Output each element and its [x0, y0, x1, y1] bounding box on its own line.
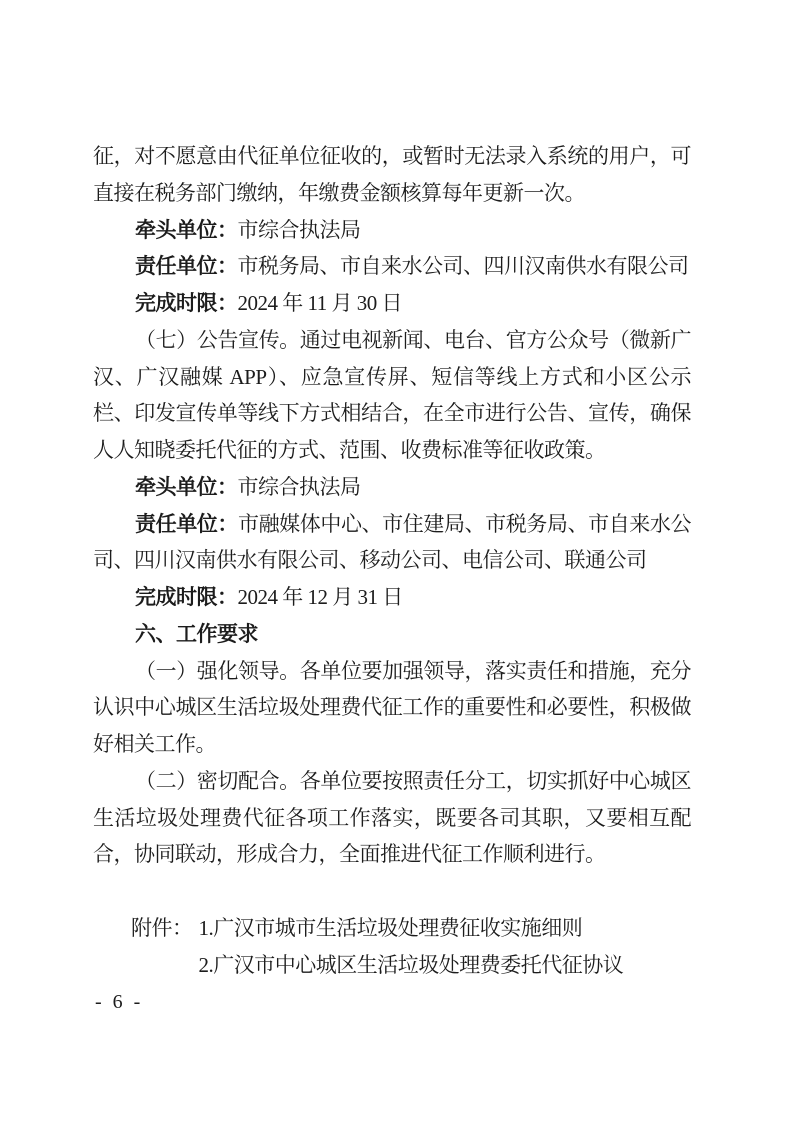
responsible-unit-label-1: 责任单位： — [135, 254, 238, 278]
deadline-value-1: 2024 年 11 月 30 日 — [238, 291, 402, 315]
paragraph-requirement-2: （二）密切配合。各单位要按照责任分工，切实抓好中心城区生活垃圾处理费代征各项工作… — [93, 763, 691, 873]
attachments-list: 1.广汉市城市生活垃圾处理费征收实施细则 2.广汉市中心城区生活垃圾处理费委托代… — [193, 910, 692, 984]
deadline-label-2: 完成时限： — [135, 585, 238, 609]
responsible-unit-label-2: 责任单位： — [135, 512, 238, 536]
lead-unit-value-1: 市综合执法局 — [238, 218, 361, 242]
lead-unit-label-1: 牵头单位： — [135, 218, 238, 242]
lead-unit-label-2: 牵头单位： — [135, 475, 238, 499]
paragraph-item-7-publicity: （七）公告宣传。通过电视新闻、电台、官方公众号（微新广汉、广汉融媒 APP）、应… — [93, 322, 691, 469]
attachment-item-2: 2.广汉市中心城区生活垃圾处理费委托代征协议 — [199, 947, 692, 984]
section-heading-work-requirements: 六、工作要求 — [93, 616, 691, 653]
paragraph-requirement-1: （一）强化领导。各单位要加强领导，落实责任和措施，充分认识中心城区生活垃圾处理费… — [93, 653, 691, 763]
responsible-unit-value-1: 市税务局、市自来水公司、四川汉南供水有限公司 — [238, 254, 689, 278]
deadline-value-2: 2024 年 12 月 31 日 — [238, 585, 403, 609]
lead-unit-value-2: 市综合执法局 — [238, 475, 361, 499]
attachments-label: 附件： — [131, 910, 193, 947]
deadline-label-1: 完成时限： — [135, 291, 238, 315]
document-body: 征，对不愿意由代征单位征收的，或暂时无法录入系统的用户，可直接在税务部门缴纳，年… — [93, 138, 691, 983]
responsible-unit-line-2: 责任单位：市融媒体中心、市住建局、市税务局、市自来水公司、四川汉南供水有限公司、… — [93, 506, 691, 580]
deadline-line-2: 完成时限：2024 年 12 月 31 日 — [93, 579, 691, 616]
attachment-item-1: 1.广汉市城市生活垃圾处理费征收实施细则 — [199, 910, 692, 947]
lead-unit-line-2: 牵头单位：市综合执法局 — [93, 469, 691, 506]
document-page: 征，对不愿意由代征单位征收的，或暂时无法录入系统的用户，可直接在税务部门缴纳，年… — [0, 0, 794, 1123]
attachments-block: 附件： 1.广汉市城市生活垃圾处理费征收实施细则 2.广汉市中心城区生活垃圾处理… — [93, 910, 691, 984]
paragraph-continuation: 征，对不愿意由代征单位征收的，或暂时无法录入系统的用户，可直接在税务部门缴纳，年… — [93, 138, 691, 212]
deadline-line-1: 完成时限：2024 年 11 月 30 日 — [93, 285, 691, 322]
lead-unit-line-1: 牵头单位：市综合执法局 — [93, 212, 691, 249]
page-number: - 6 - — [95, 991, 143, 1014]
responsible-unit-line-1: 责任单位：市税务局、市自来水公司、四川汉南供水有限公司 — [93, 248, 691, 285]
